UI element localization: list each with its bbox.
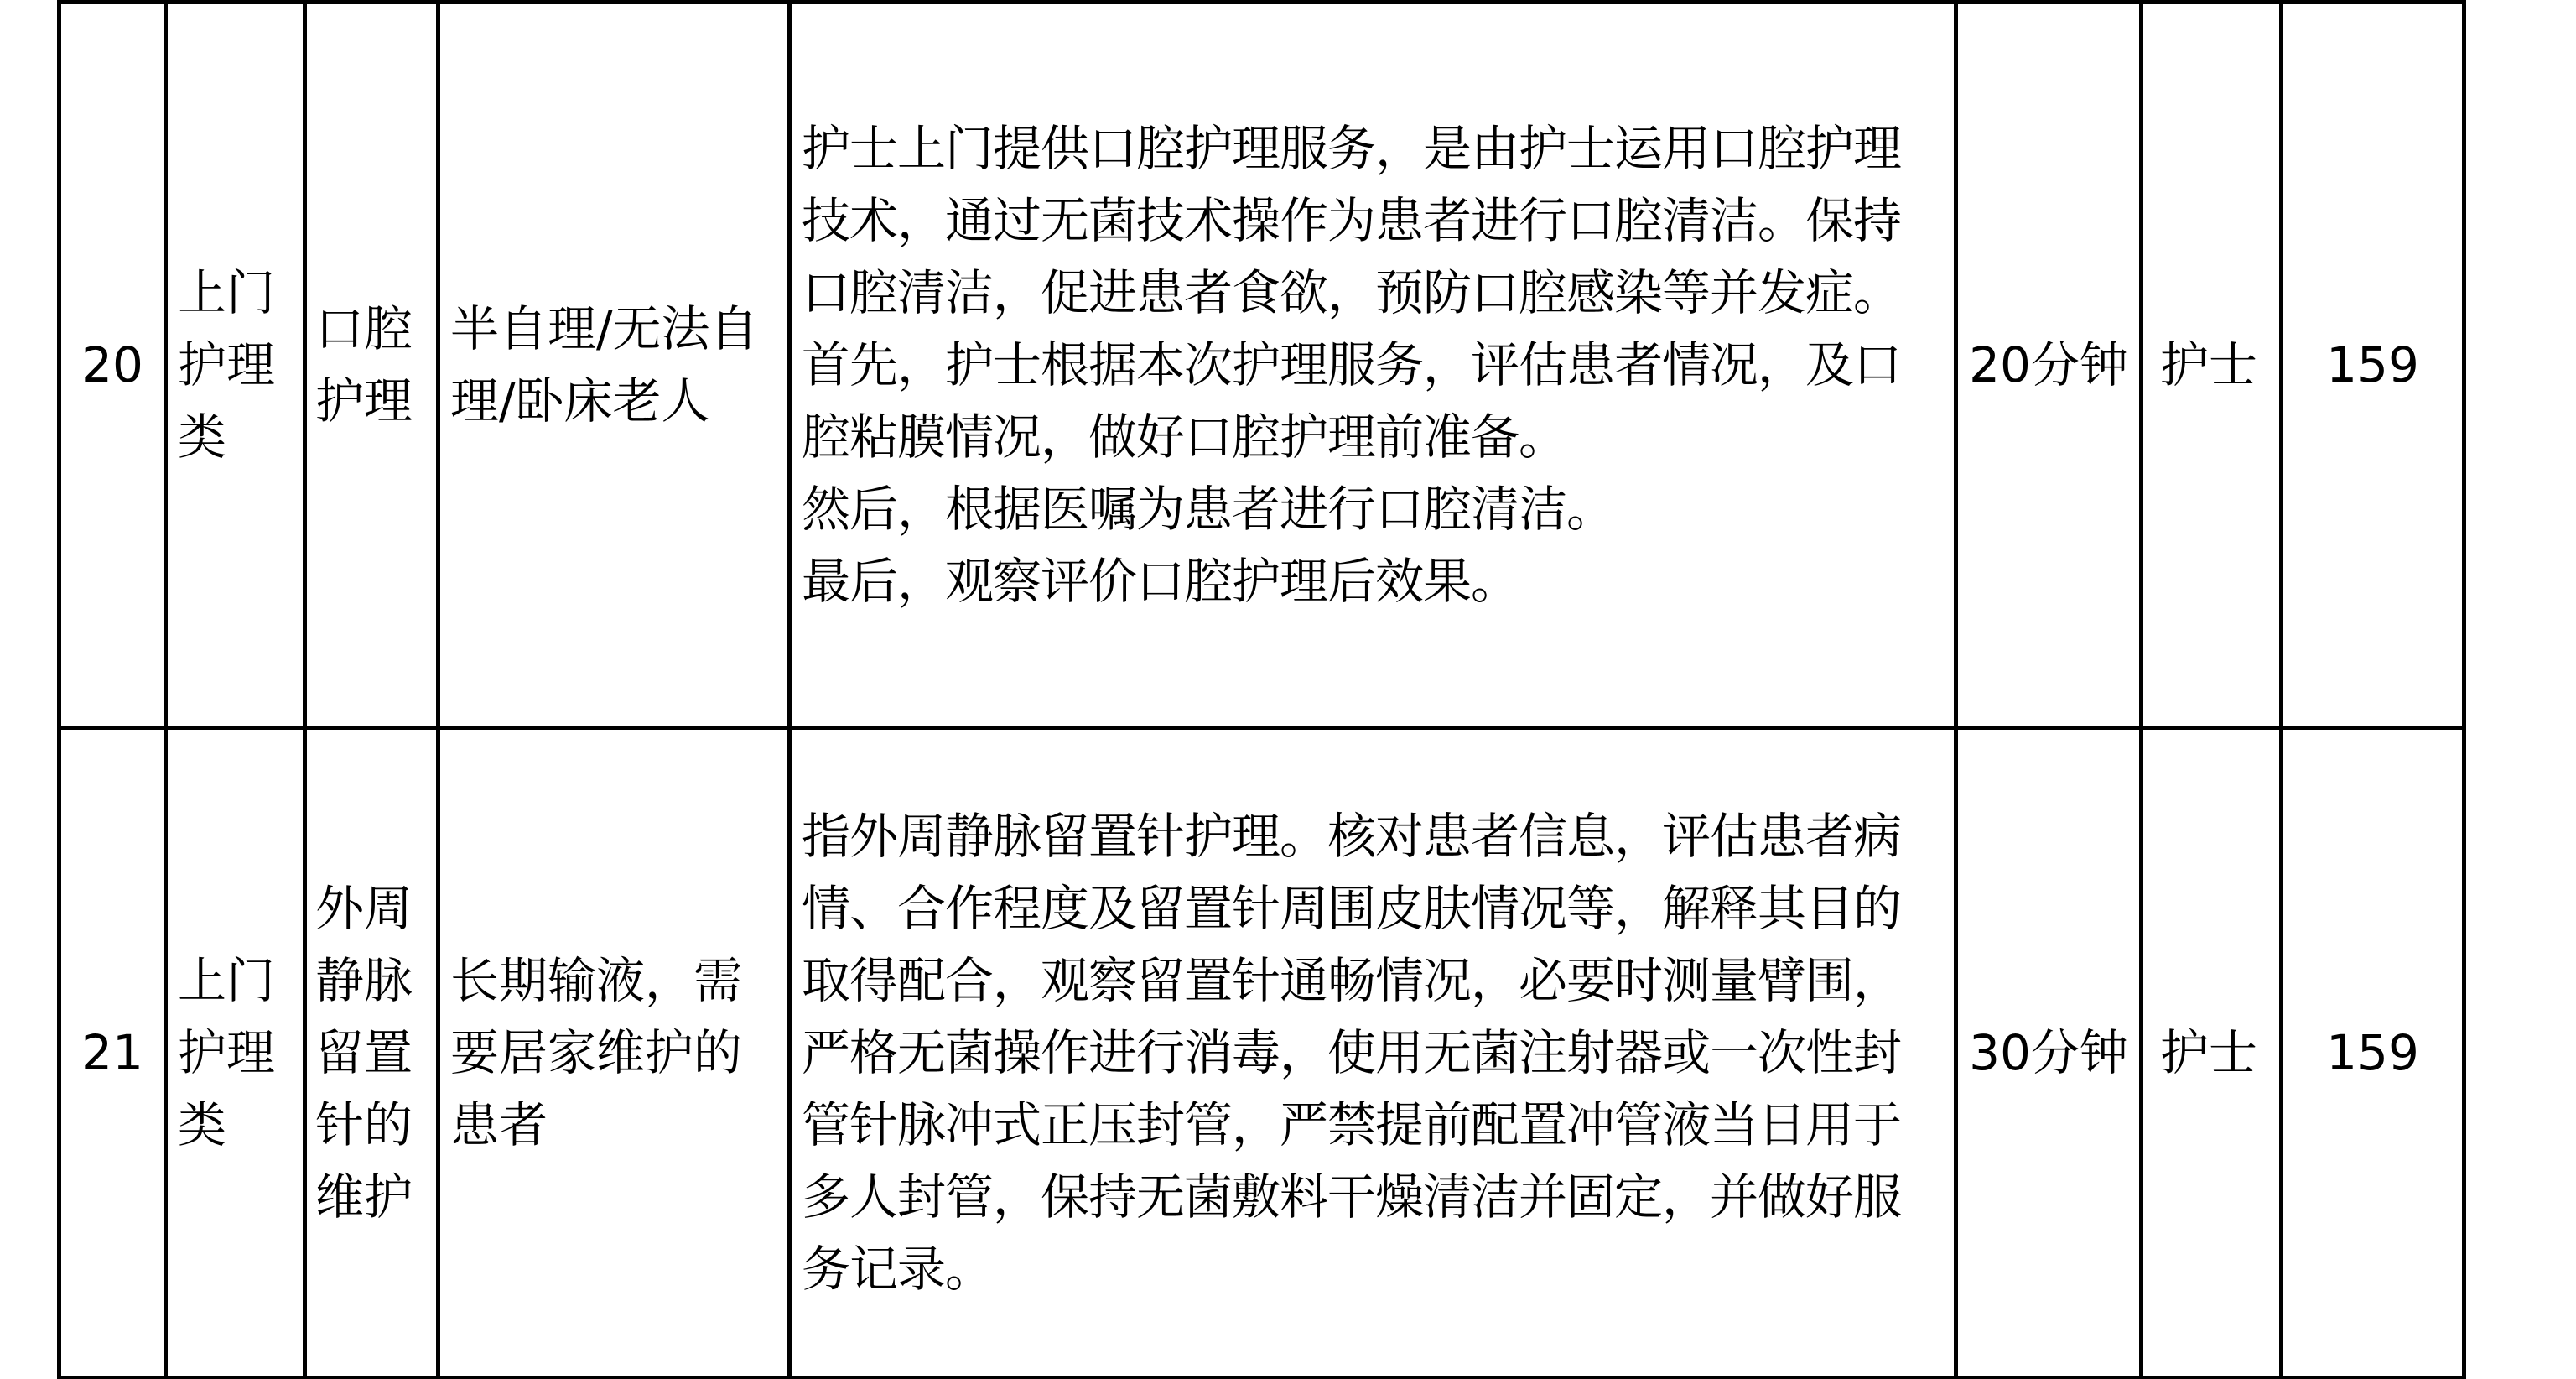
description-line: 腔粘膜情况，做好口腔护理前准备。: [802, 401, 1944, 473]
category-text: 上门: [178, 257, 294, 329]
category-text: 类: [178, 401, 294, 473]
service-name-text: 静脉: [315, 944, 428, 1017]
category-cell: 上门 护理 类: [166, 3, 305, 728]
service-name-cell: 外周 静脉 留置 针的 维护: [305, 728, 439, 1378]
staff-text: 护士: [2160, 1024, 2257, 1081]
description-cell: 指外周静脉留置针护理。核对患者信息，评估患者病 情、合作程度及留置针周围皮肤情况…: [790, 728, 1956, 1378]
duration-text: 20分钟: [1969, 336, 2128, 393]
service-table-page: 20 上门 护理 类 口腔 护理 半自理/无法自 理/卧床老人 护士上门提供口腔…: [57, 0, 2462, 1379]
description-line: 口腔清洁，促进患者食欲，预防口腔感染等并发症。: [802, 257, 1944, 329]
description-line: 技术，通过无菌技术操作为患者进行口腔清洁。保持: [802, 185, 1944, 257]
target-group-text: 要居家维护的: [450, 1017, 779, 1089]
target-group-text: 患者: [450, 1089, 779, 1161]
description-line: 护士上门提供口腔护理服务，是由护士运用口腔护理: [802, 112, 1944, 185]
staff-text: 护士: [2160, 336, 2257, 393]
table-row: 20 上门 护理 类 口腔 护理 半自理/无法自 理/卧床老人 护士上门提供口腔…: [60, 3, 2464, 728]
description-line: 管针脉冲式正压封管，严禁提前配置冲管液当日用于: [802, 1089, 1944, 1161]
category-text: 类: [178, 1089, 294, 1161]
target-group-cell: 长期输液，需 要居家维护的 患者: [439, 728, 790, 1378]
price-text: 159: [2326, 1024, 2419, 1081]
staff-cell: 护士: [2142, 3, 2282, 728]
target-group-cell: 半自理/无法自 理/卧床老人: [439, 3, 790, 728]
category-cell: 上门 护理 类: [166, 728, 305, 1378]
description-line: 然后，根据医嘱为患者进行口腔清洁。: [802, 473, 1944, 545]
duration-cell: 30分钟: [1956, 728, 2142, 1378]
service-name-text: 护理: [315, 365, 428, 437]
target-group-text: 半自理/无法自: [450, 293, 779, 365]
table-row: 21 上门 护理 类 外周 静脉 留置 针的 维护 长期输液，需 要居家维护的: [60, 728, 2464, 1378]
description-line: 严格无菌操作进行消毒，使用无菌注射器或一次性封: [802, 1017, 1944, 1089]
service-name-text: 口腔: [315, 293, 428, 365]
category-text: 护理: [178, 1017, 294, 1089]
description-line: 取得配合，观察留置针通畅情况，必要时测量臂围，: [802, 944, 1944, 1017]
description-line: 务记录。: [802, 1233, 1944, 1305]
price-cell: 159: [2282, 3, 2464, 728]
row-number-cell: 21: [60, 728, 166, 1378]
duration-cell: 20分钟: [1956, 3, 2142, 728]
staff-cell: 护士: [2142, 728, 2282, 1378]
description-line: 最后，观察评价口腔护理后效果。: [802, 545, 1944, 617]
row-number-cell: 20: [60, 3, 166, 728]
target-group-text: 理/卧床老人: [450, 365, 779, 437]
duration-text: 30分钟: [1969, 1024, 2128, 1081]
service-name-text: 外周: [315, 872, 428, 944]
price-cell: 159: [2282, 728, 2464, 1378]
service-name-text: 维护: [315, 1161, 428, 1233]
row-number: 21: [81, 1024, 143, 1081]
category-text: 护理: [178, 329, 294, 401]
service-name-text: 针的: [315, 1089, 428, 1161]
description-line: 首先，护士根据本次护理服务，评估患者情况，及口: [802, 329, 1944, 401]
service-name-text: 留置: [315, 1017, 428, 1089]
service-price-table: 20 上门 护理 类 口腔 护理 半自理/无法自 理/卧床老人 护士上门提供口腔…: [57, 0, 2466, 1379]
description-cell: 护士上门提供口腔护理服务，是由护士运用口腔护理 技术，通过无菌技术操作为患者进行…: [790, 3, 1956, 728]
price-text: 159: [2326, 336, 2419, 393]
service-name-cell: 口腔 护理: [305, 3, 439, 728]
description-line: 多人封管，保持无菌敷料干燥清洁并固定，并做好服: [802, 1161, 1944, 1233]
row-number: 20: [81, 336, 143, 393]
category-text: 上门: [178, 944, 294, 1017]
description-line: 情、合作程度及留置针周围皮肤情况等，解释其目的: [802, 872, 1944, 944]
target-group-text: 长期输液，需: [450, 944, 779, 1017]
description-line: 指外周静脉留置针护理。核对患者信息，评估患者病: [802, 800, 1944, 872]
